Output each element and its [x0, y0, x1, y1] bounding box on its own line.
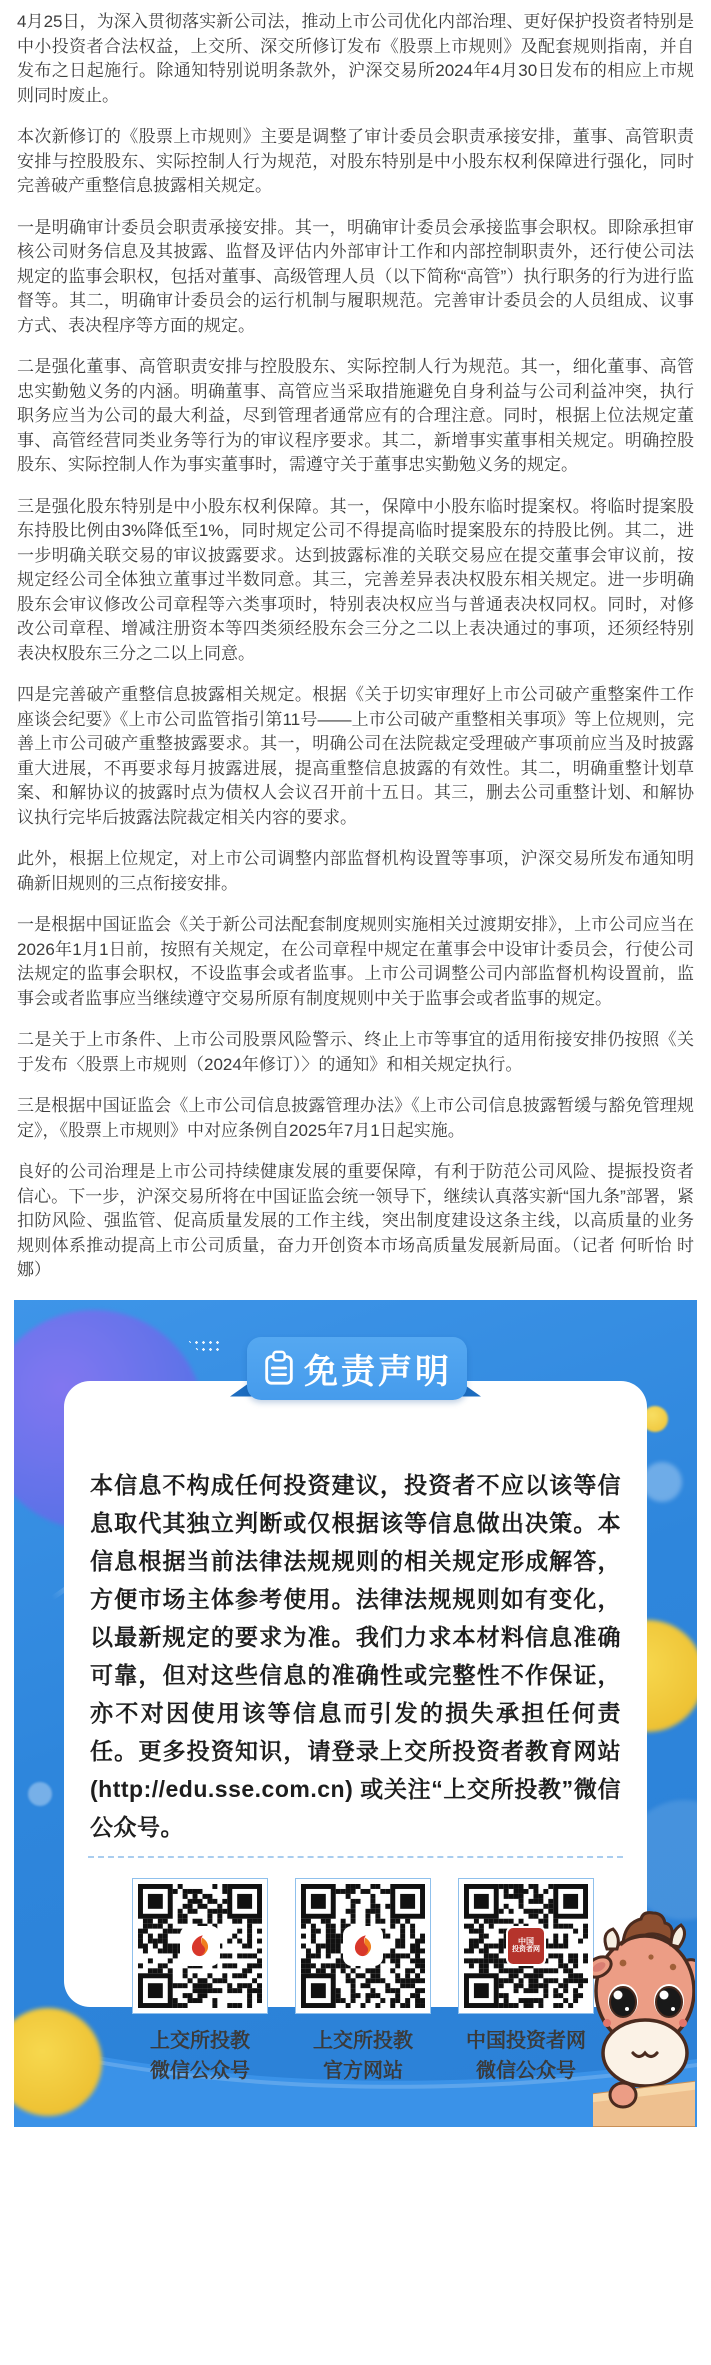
page-bottom-margin: [0, 2127, 711, 2147]
disclaimer-text: 本信息不构成任何投资建议，投资者不应以该等信息取代其独立判断或仅根据该等信息做出…: [64, 1445, 647, 1846]
bull-calf-mascot: [593, 1903, 695, 2127]
qr-caption-line: 微信公众号: [132, 2056, 268, 2086]
qr-caption: 上交所投教 微信公众号: [132, 2026, 268, 2086]
paragraph: 良好的公司治理是上市公司持续健康发展的重要保障，有利于防范公司风险、提振投资者信…: [17, 1160, 694, 1283]
qr-code-row: 上交所投教 微信公众号 上交所投教 官方网站: [64, 1858, 647, 2086]
qr-caption-line: 微信公众号: [458, 2056, 594, 2086]
qr-caption-line: 官方网站: [295, 2056, 431, 2086]
paragraph: 二是强化董事、高管职责安排与控股股东、实际控制人行为规范。其一，细化董事、高管忠…: [17, 355, 694, 478]
sse-flame-logo-icon: [345, 1928, 381, 1964]
paragraph: 此外，根据上位规定，对上市公司调整内部监督机构设置等事项，沪深交易所发布通知明确…: [17, 847, 694, 896]
ribbon-title: 免责声明: [304, 1344, 452, 1393]
china-investor-logo-icon: 中国 投资者网: [508, 1928, 544, 1964]
paragraph: 4月25日，为深入贯彻落实新公司法，推动上市公司优化内部治理、更好保护投资者特别…: [17, 10, 694, 108]
ribbon-container: 免责声明: [14, 1337, 697, 1407]
qr-caption-line: 上交所投教: [295, 2026, 431, 2056]
light-circle-decor: [28, 1782, 52, 1806]
paragraph: 一是根据中国证监会《关于新公司法配套制度规则实施相关过渡期安排》，上市公司应当在…: [17, 913, 694, 1011]
paragraph: 本次新修订的《股票上市规则》主要是调整了审计委员会职责承接安排，董事、高管职责安…: [17, 125, 694, 199]
paragraph: 三是根据中国证监会《上市公司信息披露管理办法》《上市公司信息披露暂缓与豁免管理规…: [17, 1094, 694, 1143]
dots-decor: [186, 1339, 222, 1354]
disclaimer-ribbon: 免责声明: [247, 1337, 467, 1400]
qr-column-sse-wechat: 上交所投教 微信公众号: [132, 1878, 268, 2086]
logo-text: 投资者网: [512, 1946, 540, 1954]
dots-decor: [476, 1379, 516, 1395]
paragraph: 四是完善破产重整信息披露相关规定。根据《关于切实审理好上市公司破产重整案件工作座…: [17, 683, 694, 830]
paragraph: 一是明确审计委员会职责承接安排。其一，明确审计委员会承接监事会职权。即除承担审核…: [17, 216, 694, 339]
clipboard-icon: [262, 1350, 296, 1386]
disclaimer-card: 本信息不构成任何投资建议，投资者不应以该等信息取代其独立判断或仅根据该等信息做出…: [64, 1381, 647, 2007]
light-circle-decor: [642, 1462, 682, 1502]
qr-code-investor-cn: 中国 投资者网: [458, 1878, 594, 2014]
article-body: 4月25日，为深入贯彻落实新公司法，推动上市公司优化内部治理、更好保护投资者特别…: [0, 0, 711, 1283]
qr-caption: 中国投资者网 微信公众号: [458, 2026, 594, 2086]
qr-code-sse-wechat: [132, 1878, 268, 2014]
logo-text: 中国: [518, 1937, 534, 1946]
qr-column-sse-website: 上交所投教 官方网站: [295, 1878, 431, 2086]
qr-caption-line: 中国投资者网: [458, 2026, 594, 2056]
sse-flame-logo-icon: [182, 1928, 218, 1964]
disclaimer-panel: 本信息不构成任何投资建议，投资者不应以该等信息取代其独立判断或仅根据该等信息做出…: [14, 1300, 697, 2127]
qr-column-investor-cn: 中国 投资者网 中国投资者网 微信公众号: [458, 1878, 594, 2086]
paragraph: 二是关于上市条件、上市公司股票风险警示、终止上市等事宜的适用衔接安排仍按照《关于…: [17, 1028, 694, 1077]
paragraph: 三是强化股东特别是中小股东权利保障。其一，保障中小股东临时提案权。将临时提案股东…: [17, 495, 694, 667]
qr-caption: 上交所投教 官方网站: [295, 2026, 431, 2086]
qr-caption-line: 上交所投教: [132, 2026, 268, 2056]
qr-code-sse-website: [295, 1878, 431, 2014]
